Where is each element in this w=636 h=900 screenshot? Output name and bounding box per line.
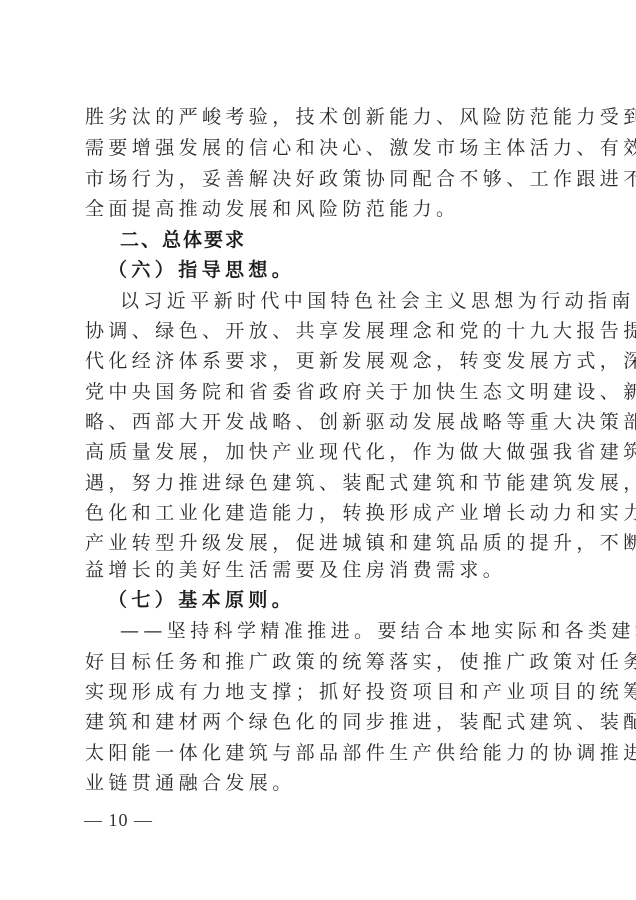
paragraph-line: 色化和工业化建造能力，转换形成产业增长动力和实力，带动相关: [85, 498, 636, 528]
page-number: — 10 —: [84, 806, 153, 834]
paragraph-line: 党中央国务院和省委省政府关于加快生态文明建设、新型城镇化战: [85, 377, 636, 407]
paragraph-line: 产业转型升级发展，促进城镇和建筑品质的提升，不断满足人民日: [85, 528, 636, 558]
paragraph-line: 遇，努力推进绿色建筑、装配式建筑和节能建筑发展，不断提高绿: [85, 468, 636, 498]
paragraph-line: 协调、绿色、开放、共享发展理念和党的十九大报告提出的建设现: [85, 316, 636, 346]
subsection-title: （六）指导思想。: [108, 255, 295, 285]
subsection-title: （七）基本原则。: [108, 585, 295, 615]
section-heading: 二、总体要求: [120, 225, 246, 255]
paragraph-line: 以习近平新时代中国特色社会主义思想为行动指南，按照创新、: [120, 286, 636, 316]
paragraph-line: 益增长的美好生活需要及住房消费需求。: [85, 555, 506, 585]
paragraph-line: 需要增强发展的信心和决心、激发市场主体活力、有效监管和规范: [85, 133, 636, 163]
paragraph-line: 代化经济体系要求，更新发展观念，转变发展方式，深入贯彻落实: [85, 346, 636, 376]
paragraph-line: 建筑和建材两个绿色化的同步推进，装配式建筑、装配化装修建筑、: [85, 707, 636, 737]
paragraph-line: 全面提高推动发展和风险防范能力。: [85, 194, 459, 224]
paragraph-line: 胜劣汰的严峻考验，技术创新能力、风险防范能力受到挑战。因此，: [85, 102, 636, 132]
paragraph-line: 太阳能一体化建筑与部品部件生产供给能力的协调推进，推动全产: [85, 738, 636, 768]
paragraph-line: 实现形成有力地支撑；抓好投资项目和产业项目的统筹落实，做到: [85, 677, 636, 707]
paragraph-line: 业链贯通融合发展。: [85, 768, 296, 798]
paragraph-line: 市场行为，妥善解决好政策协同配合不够、工作跟进不及时等问题，: [85, 164, 636, 194]
paragraph-line: 高质量发展，加快产业现代化，作为做大做强我省建筑业的历史机: [85, 437, 636, 467]
paragraph-line: 略、西部大开发战略、创新驱动发展战略等重大决策部署，把推进: [85, 407, 636, 437]
paragraph-line: 好目标任务和推广政策的统筹落实，使推广政策对任务完成和目标: [85, 647, 636, 677]
document-page: 胜劣汰的严峻考验，技术创新能力、风险防范能力受到挑战。因此， 需要增强发展的信心…: [0, 0, 636, 900]
paragraph-line: ——坚持科学精准推进。要结合本地实际和各类建筑特点，抓: [120, 616, 636, 646]
